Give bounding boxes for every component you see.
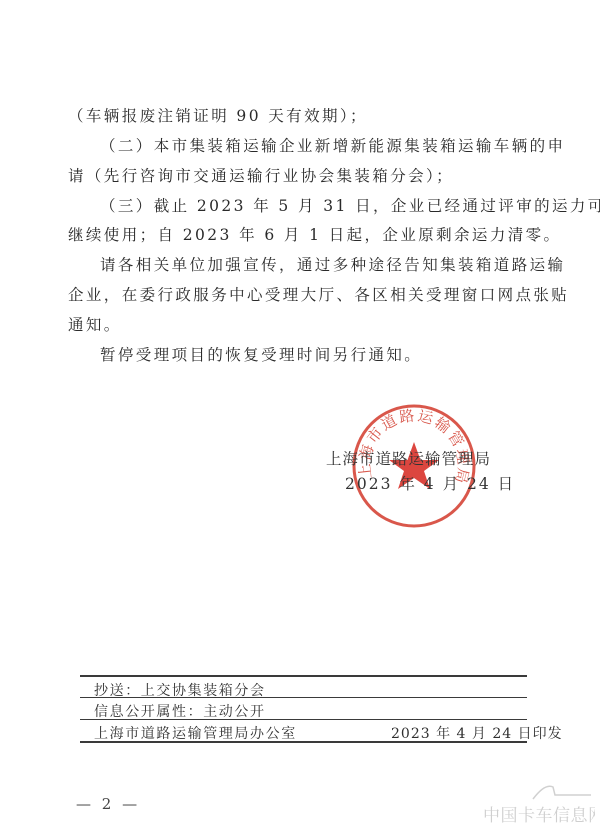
- page-number: — 2 —: [76, 795, 140, 813]
- footer-rule: [80, 719, 527, 720]
- watermark-text: 中国卡车信息网: [483, 806, 595, 825]
- paragraph-line: 暂停受理项目的恢复受理时间另行通知。: [100, 340, 568, 370]
- office-name: 上海市道路运输管理局办公室: [94, 723, 297, 743]
- watermark-logo-icon: 中国卡车信息网: [483, 781, 595, 825]
- issuer-name: 上海市道路运输管理局: [326, 447, 491, 469]
- print-date: 2023 年 4 月 24 日印发: [391, 723, 563, 743]
- footer-rule-bottom: [80, 741, 527, 743]
- footer-rule: [80, 697, 527, 698]
- paragraph-line: （二）本市集装箱运输企业新增新能源集装箱运输车辆的申: [100, 131, 568, 161]
- paragraph-line: （三）截止 2023 年 5 月 31 日，企业已经通过评审的运力可: [100, 191, 568, 221]
- disclosure-line: 信息公开属性：主动公开: [94, 701, 266, 721]
- footer-rule-top: [80, 675, 527, 677]
- paragraph-line: 继续使用；自 2023 年 6 月 1 日起，企业原剩余运力清零。: [68, 220, 536, 250]
- paragraph-line: 通知。: [68, 310, 536, 340]
- paragraph-line: 请（先行咨询市交通运输行业协会集装箱分会）；: [68, 161, 536, 191]
- paragraph-line: 企业，在委行政服务中心受理大厅、各区相关受理窗口网点张贴: [68, 280, 536, 310]
- paragraph-line: 请各相关单位加强宣传，通过多种途径告知集装箱道路运输: [100, 250, 568, 280]
- paragraph-line: （车辆报废注销证明 90 天有效期）；: [68, 101, 536, 131]
- issue-date: 2023 年 4 月 24 日: [345, 472, 515, 494]
